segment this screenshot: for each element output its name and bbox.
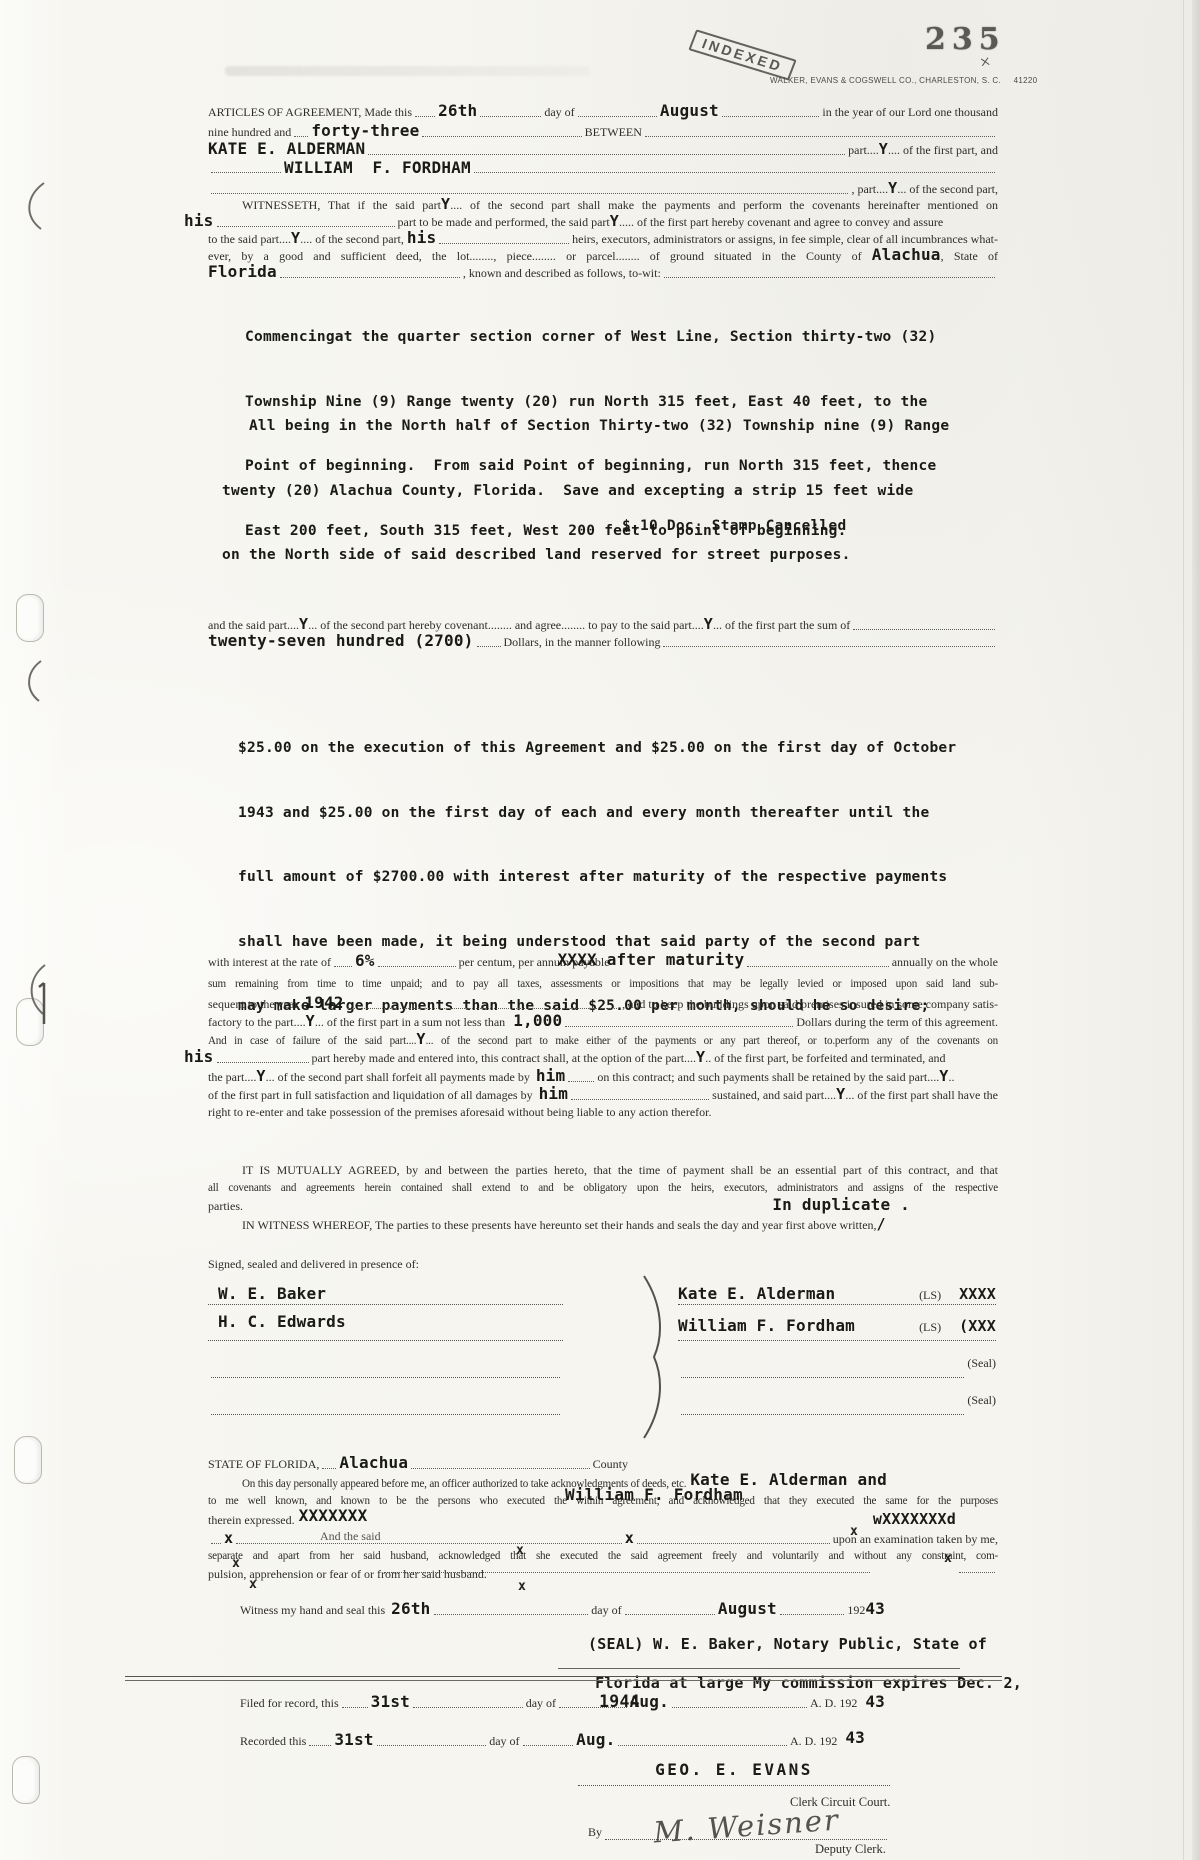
fill-filed-day: 31st [371,1694,410,1710]
printed-text: ... of the first part in a sum not less … [315,1014,505,1030]
dotted-leader [637,1541,830,1544]
dotted-leader [309,1743,331,1746]
overstrike-x: x [516,1543,524,1558]
dotted-leader [780,1612,844,1615]
fill-his: his [184,213,214,229]
dotted-leader [434,1612,589,1615]
fill-filed-month: Aug. [630,1694,669,1710]
fill-county: Alachua [872,247,941,264]
dotted-leader [959,1570,995,1573]
fill-party-letter: Y [291,230,300,246]
interest-line2: sum remaining from time to time unpaid; … [208,976,998,992]
fill-notary-names2: William F. Fordham [565,1484,743,1506]
printed-text: part.... [848,142,879,158]
fill-party-letter: Y [610,213,619,229]
mutual-line2: all covenants and agreements herein cont… [208,1180,998,1196]
dotted-leader [672,1705,807,1708]
printed-text: .. of the first part, be forfeited and t… [705,1050,945,1066]
typed-line: All being in the North half of Section T… [222,416,949,438]
fill-party-letter: Y [416,1031,425,1048]
printed-text: ... of the second part shall forfeit all… [266,1069,530,1085]
fill-in-duplicate: In duplicate . [772,1197,910,1213]
party2-signature-row: William F. Fordham (LS) (XXX [678,1316,996,1341]
form-line-year: nine hundred and forty-three BETWEEN [208,123,998,140]
dotted-leader [664,275,995,278]
dotted-leader [663,644,995,647]
overstrike-x: x [625,1530,634,1546]
fill-his: his [407,230,437,246]
clerk-signature: GEO. E. EVANS [655,1760,813,1779]
printed-text: .... of the second part, [300,231,407,247]
dotted-leader [559,1705,627,1708]
recorded-line: Recorded this 31st day of Aug. A. D. 192… [240,1732,865,1749]
witnesseth-line: WITNESSETH, That if the said partY.... o… [208,196,998,213]
fill-party-letter: Y [939,1068,948,1084]
printed-text: day of [591,1602,621,1618]
printed-text: 192 [847,1602,865,1618]
printed-text: Recorded this [240,1733,306,1749]
printed-text: parties. [208,1198,243,1214]
printed-text: Witness my hand and seal this [240,1602,385,1618]
party1-signature: Kate E. Alderman [678,1284,835,1303]
seal-row: (Seal) [678,1356,996,1380]
printed-text: IN WITNESS WHEREOF, The parties to these… [242,1217,877,1233]
printed-text: ... of the second part to make either of… [426,1035,998,1047]
signature-rule [211,1375,560,1378]
dotted-leader [625,1612,715,1615]
fill-notary-day: 26th [391,1601,430,1617]
page-number: 235 [925,22,1006,57]
printer-number: 41220 [1014,76,1038,85]
printed-text: ARTICLES OF AGREEMENT, Made this [208,104,412,120]
seal-row: (Seal) [678,1393,996,1417]
printed-text: heirs, executors, administrators or assi… [572,231,998,247]
deputy-clerk-signature: M. Weisner [652,1803,841,1850]
signature-rule [211,1412,560,1415]
dotted-leader [377,1743,487,1746]
printed-text: in the year of our Lord one thousand [822,104,998,120]
fill-rate: 6% [355,953,375,969]
fill-party2-name: WILLIAM F. FORDHAM [284,160,471,176]
printed-text: ... of the first part the sum of [713,617,850,633]
fill-his: his [184,1049,214,1065]
dotted-leader [294,134,308,137]
printed-text: ..... of the first part hereby covenant … [619,214,943,230]
dotted-leader [347,1006,619,1009]
printed-text: Filed for record, this [240,1695,339,1711]
form-line-second-part: , part.... Y ... of the second part, [208,180,998,197]
printed-text: nine hundred and [208,124,291,140]
dotted-leader [474,170,995,173]
printed-text: with interest at the rate of [208,954,331,970]
printed-text: sustained, and said part.... [712,1087,836,1103]
witness-signature-row: H. C. Edwards [208,1312,563,1341]
blank-signature-row [208,1356,563,1380]
overstrike-x: (XXX [959,1317,996,1335]
clerk-name-row: GEO. E. EVANS [578,1760,890,1786]
fill-year-words: forty-three [311,123,419,139]
dotted-leader [334,964,352,967]
payment-line2: twenty-seven hundred (2700) Dollars, in … [208,633,998,650]
notary-pulsion-line: pulsion, apprehension or fear of or from… [208,1566,628,1582]
fill-party1-name: KATE E. ALDERMAN [208,141,365,157]
overstrike-x: x [944,1551,952,1566]
pen-mark [36,980,52,1028]
interest-line3: sequent to the year 1942 , and to keep t… [208,995,998,1012]
fill-party-letter: Y [704,616,713,632]
printer-imprint: WALKER, EVANS & COGSWELL CO., CHARLESTON… [770,76,1037,85]
dotted-leader [645,134,995,137]
dotted-leader [342,1705,368,1708]
printed-text: Dollars, in the manner following [504,634,661,650]
printed-text: A. D. 192 [790,1733,837,1749]
dotted-leader [211,1541,221,1544]
dotted-leader [571,1097,709,1100]
printed-text: A. D. 192 [810,1695,857,1711]
mutual-line3: parties. In duplicate . [208,1197,998,1214]
typed-line: Commencingat the quarter section corner … [245,327,936,349]
dotted-leader [217,224,395,227]
fill-party-letter: Y [879,141,888,157]
dotted-leader [747,964,888,967]
dotted-leader [368,152,845,155]
scanned-deed-page: 235 × INDEXED WALKER, EVANS & COGSWELL C… [0,0,1200,1860]
interest-line4: factory to the part.... Y ... of the fir… [208,1013,998,1030]
typed-line: twenty (20) Alachua County, Florida. Sav… [222,481,949,503]
legal-description-paragraph2: All being in the North half of Section T… [222,373,949,610]
printed-text: sequent to the year [208,996,298,1012]
fill-notary-month: August [718,1601,777,1617]
printed-text: STATE OF FLORIDA, [208,1456,319,1472]
interest-line8: of the first part in full satisfaction a… [208,1086,998,1103]
witnesseth-line5: Florida , known and described as follows… [208,264,998,281]
printed-text: County [593,1456,628,1472]
mutual-line1: IT IS MUTUALLY AGREED, by and between th… [208,1162,998,1178]
printed-text: therein expressed. [208,1512,295,1528]
fill-notary-county: Alachua [339,1455,408,1471]
printed-text: to the said part.... [208,231,291,247]
printed-text: .... of the second part shall make the p… [450,198,998,212]
party2-signature: William F. Fordham [678,1316,855,1335]
interest-line9: right to re-enter and take possession of… [208,1104,998,1120]
dotted-leader [411,1466,589,1469]
presence-line: Signed, sealed and delivered in presence… [208,1256,608,1272]
fill-day: 26th [438,103,477,119]
notary-examination-line: x x upon an examination taken by me, [208,1530,998,1547]
form-line-party1: KATE E. ALDERMAN part.... Y .... of the … [208,141,998,158]
signature-rule [681,1412,964,1415]
fill-party-letter: Y [441,196,450,213]
dotted-leader [568,1079,594,1082]
fill-recorded-year: 43 [845,1730,865,1746]
overstrike-x: x [850,1524,858,1539]
printed-text: ... of the second part, [897,181,998,197]
interest-line1: with interest at the rate of 6% per cent… [208,953,998,970]
deputy-title: Deputy Clerk. [815,1842,886,1857]
dotted-leader [477,644,501,647]
printed-text: of the first part in full satisfaction a… [208,1087,533,1103]
printed-text: WITNESSETH, That if the said part [242,198,441,212]
fill-month: August [660,103,719,119]
printed-text: annually on the whole [892,954,998,970]
dotted-leader [322,1466,336,1469]
dotted-leader [211,191,848,194]
fill-amount-words: twenty-seven hundred (2700) [208,633,474,649]
printer-name: WALKER, EVANS & COGSWELL CO., CHARLESTON… [770,76,1001,85]
doc-stamp-note: $.10 Doc. Stamp Cancelled [622,516,847,538]
printed-text: , and to keep the buildings upon said pr… [622,996,998,1012]
binder-hole [12,1756,40,1804]
printed-text: day of [526,1695,556,1711]
dotted-leader [378,964,456,967]
witness-signature-row: W. E. Baker [208,1284,563,1305]
printed-text: day of [544,104,574,120]
overstrike-x: x [224,1530,233,1546]
dotted-leader [523,1743,574,1746]
typed-line: full amount of $2700.00 with interest af… [238,867,956,889]
dotted-leader [618,1743,787,1746]
fill-state: Florida [208,264,277,280]
fill-filed-year: 43 [865,1694,885,1710]
binder-hole [14,1436,42,1484]
pen-mark [20,658,46,704]
witness2-signature: H. C. Edwards [218,1312,346,1331]
typed-line: $25.00 on the execution of this Agreemen… [238,738,956,760]
dotted-leader [578,114,657,117]
witnesseth-line3: to the said part.... Y .... of the secon… [208,230,998,247]
printed-text: .... of the first part, and [888,142,998,158]
printed-text: factory to the part.... [208,1014,306,1030]
typed-line: 1943 and $25.00 on the first day of each… [238,803,956,825]
printed-text: And in case of failure of the said part.… [208,1035,416,1047]
signature-brace [640,1274,668,1440]
dotted-leader [439,241,569,244]
fill-slash: / [877,1216,886,1232]
fill-party-letter: Y [299,616,308,632]
printed-text: ... of the first part shall have the [845,1087,998,1103]
form-line-party2: WILLIAM F. FORDHAM [208,160,998,176]
dotted-leader [236,1541,621,1544]
overstrike-x: wXXXXXXXd [873,1511,956,1527]
interest-line6: his part hereby made and entered into, t… [208,1049,998,1066]
printed-text: .. [948,1069,954,1085]
fill-insured-sum: 1,000 [513,1013,562,1029]
printed-text: , known and described as follows, to-wit… [463,265,661,281]
witnesseth-line2: his part to be made and performed, the s… [208,213,998,230]
party1-signature-row: Kate E. Alderman (LS) XXXX [678,1284,996,1305]
dotted-leader [853,627,995,630]
binder-hole [16,594,44,642]
fill-him: him [536,1068,566,1084]
by-label: By [588,1825,602,1840]
dotted-leader [217,1060,309,1063]
dotted-leader [415,114,435,117]
fill-party-letter: Y [888,180,897,196]
typed-line: on the North side of said described land… [222,545,949,567]
deputy-signature-row: By M. Weisner [588,1798,890,1842]
fill-party-letter: Y [256,1068,265,1084]
pen-mark [18,180,50,232]
seal-label: (Seal) [967,1393,996,1408]
ruled-line [558,1668,960,1669]
form-line-date: ARTICLES OF AGREEMENT, Made this 26th da… [208,103,998,120]
fill-recorded-day: 31st [334,1732,373,1748]
fill-recorded-month: Aug. [576,1732,615,1748]
page-edge-shade [1192,0,1200,1860]
interest-line5: And in case of failure of the said part.… [208,1031,998,1049]
indexed-stamp: INDEXED [688,29,797,80]
interest-line7: the part.... Y ... of the second part sh… [208,1068,998,1085]
signature-rule [681,1375,964,1378]
dotted-leader [565,1024,793,1027]
notary-separate-line: separate and apart from her said husband… [208,1548,998,1564]
fill-party-letter: Y [836,1086,845,1102]
printed-text: BETWEEN [585,124,642,140]
fill-overtype: XXXX after maturity [558,952,745,968]
pencil-smudge [225,66,590,76]
overstrike-x: x [249,1577,257,1592]
ls-label: (LS) [919,1320,941,1335]
notary-witness-line: Witness my hand and seal this 26th day o… [240,1601,885,1618]
printed-text: the part.... [208,1069,256,1085]
page-edge-line [1183,0,1184,1860]
overstrike-x: x [518,1579,526,1594]
dotted-leader [211,170,281,173]
dotted-leader [722,114,820,117]
printed-text: , part.... [851,181,888,197]
printed-text: Dollars during the term of this agreemen… [796,1014,998,1030]
witnesseth-line4: ever, by a good and sufficient deed, the… [208,247,998,264]
overstrike-x: x [232,1556,240,1571]
notary-state-line: STATE OF FLORIDA, Alachua County [208,1455,628,1472]
printed-text: part hereby made and entered into, this … [312,1050,697,1066]
fill-party-letter: Y [696,1049,705,1065]
dotted-leader [280,275,460,278]
printed-text: on this contract; and such payments shal… [597,1069,939,1085]
section-divider [125,1676,1002,1681]
dotted-leader [422,134,581,137]
fill-year1942: 1942 [304,995,343,1011]
filed-line: Filed for record, this 31st day of Aug. … [240,1694,885,1711]
fill-him: him [539,1086,569,1102]
printed-text: day of [489,1733,519,1749]
dotted-leader [413,1705,523,1708]
printed-text: , State of [941,249,998,263]
fill-notary-year: 43 [865,1601,885,1617]
printed-text: ever, by a good and sufficient deed, the… [208,249,862,263]
seal-label: (Seal) [967,1356,996,1371]
fill-party-letter: Y [306,1013,315,1029]
overstrike-x: XXXX [959,1285,996,1303]
witness-whereof-line: IN WITNESS WHEREOF, The parties to these… [208,1216,998,1233]
overstrike-x: XXXXXXX [299,1508,368,1524]
witness1-signature: W. E. Baker [218,1284,326,1303]
ls-label: (LS) [919,1288,941,1303]
signature-rule: M. Weisner [605,1805,887,1840]
dotted-leader [480,114,541,117]
blank-signature-row [208,1393,563,1417]
